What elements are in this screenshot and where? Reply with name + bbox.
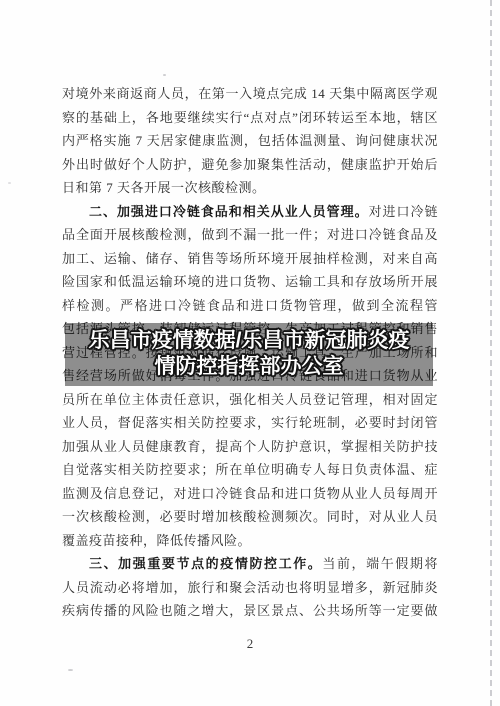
text-line: 二、加强进口冷链食品和相关从业人员管理。对进口冷链食 <box>62 200 438 224</box>
scan-edge-artifact <box>490 0 492 706</box>
headline-overlay: 乐昌市疫情数据/乐昌市新冠肺炎疫 情防控指挥部办公室 <box>65 323 433 386</box>
text-line: 察的基础上，各地要继续实行“点对点”闭环转运至本地，辖区 <box>62 106 438 130</box>
text-line: 覆盖疫苗接种，降低传播风险。 <box>62 529 438 553</box>
text-line: 监测及信息登记，对进口冷链食品和进口货物从业人员每周开展 <box>62 482 438 506</box>
section-heading: 三、加强重要节点的疫情防控工作。 <box>89 556 322 571</box>
scan-speck <box>68 669 73 671</box>
text-line: 样检测。严格进口冷链食品和进口货物管理，做到全流程管控， <box>62 294 438 318</box>
text-line: 业人员，督促落实相关防控要求，实行轮班制，必要时封闭管理； <box>62 411 438 435</box>
text-line: 加强从业人员健康教育，提高个人防护意识，掌握相关防护技能， <box>62 435 438 459</box>
text-line: 内严格实施 7 天居家健康监测，包括体温测量、询问健康状况等， <box>62 129 438 153</box>
section-heading: 二、加强进口冷链食品和相关从业人员管理。 <box>89 204 369 219</box>
scan-speck <box>163 74 166 76</box>
text-line: 自觉落实相关防控要求；所在单位明确专人每日负责体温、症状 <box>62 458 438 482</box>
headline-line-2: 情防控指挥部办公室 <box>65 354 433 380</box>
scan-speck <box>8 182 11 184</box>
text-line: 品全面开展核酸检测，做到不漏一批一件；对进口冷链食品及其 <box>62 223 438 247</box>
text-line: 加工、运输、储存、销售等场所环境开展抽样检测，对来自高风 <box>62 247 438 271</box>
text-line: 日和第 7 天各开展一次核酸检测。 <box>62 176 438 200</box>
text-line: 险国家和低温运输环境的进口货物、运输工具和存放场所开展抽 <box>62 270 438 294</box>
text-line: 员所在单位主体责任意识，强化相关人员登记管理，相对固定从 <box>62 388 438 412</box>
scanned-document-page: 对境外来商返商人员，在第一入境点完成 14 天集中隔离医学观察的基础上，各地要继… <box>0 0 500 706</box>
text-line: 外出时做好个人防护，避免参加聚集性活动，健康监护开始后次 <box>62 153 438 177</box>
headline-line-1: 乐昌市疫情数据/乐昌市新冠肺炎疫 <box>65 328 433 354</box>
text-line: 三、加强重要节点的疫情防控工作。当前，端午假期将至， <box>62 552 438 576</box>
text-line: 对境外来商返商人员，在第一入境点完成 14 天集中隔离医学观 <box>62 82 438 106</box>
text-line: 疾病传播的风险也随之增大，景区景点、公共场所等一定要做好 <box>62 599 438 623</box>
page-number: 2 <box>0 636 500 652</box>
text-line: 一次核酸检测，必要时增加核酸检测频次。同时，对从业人员全 <box>62 505 438 529</box>
text-line: 人员流动必将增加，旅行和聚会活动也将明显增多，新冠肺炎等 <box>62 576 438 600</box>
